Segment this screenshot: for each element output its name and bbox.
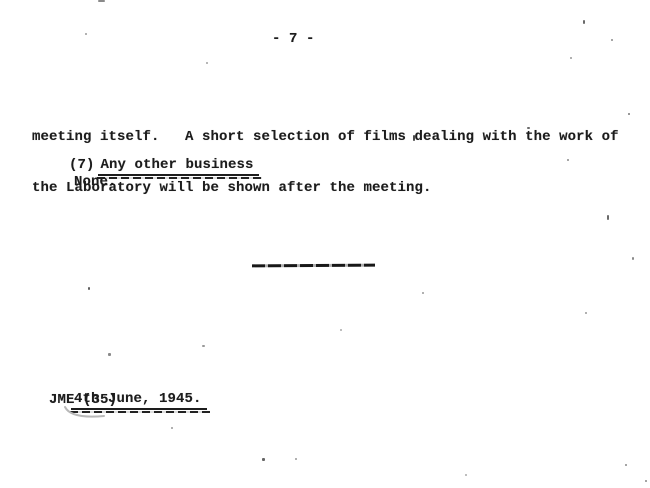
scan-speck bbox=[465, 474, 467, 476]
agenda-item-title: Any other business bbox=[101, 157, 254, 174]
scan-speck bbox=[583, 20, 585, 24]
scan-speck bbox=[567, 159, 569, 161]
page-number: - 7 - bbox=[272, 31, 315, 48]
document-page: - 7 - meeting itself. A short selection … bbox=[0, 0, 650, 488]
scan-speck bbox=[295, 458, 297, 460]
scan-speck bbox=[108, 353, 111, 356]
scan-speck bbox=[262, 458, 265, 461]
scan-speck bbox=[98, 0, 105, 2]
scan-speck bbox=[413, 135, 415, 141]
scan-speck bbox=[628, 113, 630, 115]
scan-speck bbox=[527, 127, 530, 129]
scan-speck bbox=[585, 312, 587, 314]
scan-speck bbox=[340, 329, 342, 331]
scan-speck bbox=[206, 62, 208, 64]
scan-speck bbox=[570, 57, 572, 59]
agenda-item-number: (7) bbox=[69, 157, 95, 173]
scan-speck bbox=[632, 257, 634, 260]
scan-speck bbox=[88, 287, 90, 290]
scan-speck bbox=[422, 292, 424, 294]
agenda-item-body: None. bbox=[74, 174, 117, 191]
separator-line bbox=[252, 264, 375, 268]
scan-speck bbox=[645, 480, 647, 482]
scan-speck bbox=[202, 345, 205, 347]
agenda-item: (7)Any other business bbox=[35, 140, 254, 191]
scan-speck bbox=[611, 39, 613, 41]
scan-speck bbox=[171, 427, 173, 429]
scan-speck bbox=[607, 215, 609, 220]
pencil-mark bbox=[58, 404, 116, 422]
scan-speck bbox=[85, 33, 87, 35]
scan-speck bbox=[625, 464, 627, 466]
